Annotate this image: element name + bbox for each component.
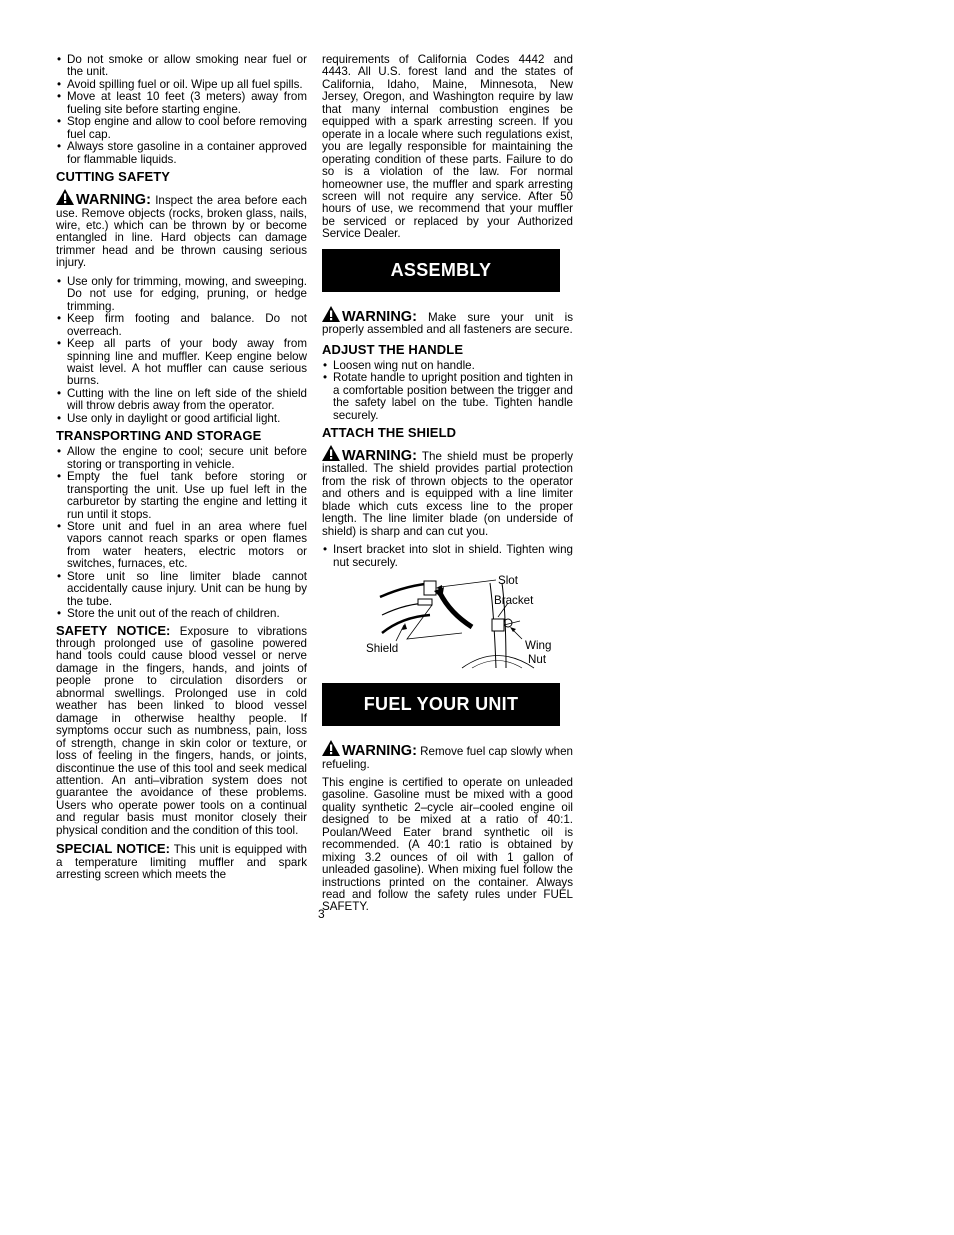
list-item: Insert bracket into slot in shield. Tigh… bbox=[322, 544, 573, 569]
list-item: Keep firm footing and balance. Do not ov… bbox=[56, 313, 307, 338]
transporting-heading: TRANSPORTING AND STORAGE bbox=[56, 429, 307, 443]
transporting-list: Allow the engine to cool; secure unit be… bbox=[56, 446, 307, 620]
adjust-handle-list: Loosen wing nut on handle. Rotate handle… bbox=[322, 360, 573, 422]
list-item: Store unit so line limiter blade cannot … bbox=[56, 571, 307, 608]
shield-label: Shield bbox=[366, 642, 398, 655]
nut-label: Nut bbox=[528, 653, 546, 666]
assembly-banner: ASSEMBLY bbox=[322, 249, 560, 292]
warning-triangle-icon bbox=[322, 740, 340, 756]
continued-text: requirements of California Codes 4442 an… bbox=[322, 54, 573, 241]
safety-notice-text: Exposure to vibrations through prolonged… bbox=[56, 625, 307, 837]
fuel-safety-list: Do not smoke or allow smoking near fuel … bbox=[56, 54, 307, 166]
cutting-safety-list: Use only for trimming, mowing, and sweep… bbox=[56, 276, 307, 425]
list-item: Do not smoke or allow smoking near fuel … bbox=[56, 54, 307, 79]
special-notice: SPECIAL NOTICE: This unit is equipped wi… bbox=[56, 843, 307, 881]
fuel-warning: WARNING: Remove fuel cap slowly when ref… bbox=[322, 740, 573, 771]
list-item: Stop engine and allow to cool before rem… bbox=[56, 116, 307, 141]
shield-warning: WARNING: The shield must be properly ins… bbox=[322, 445, 573, 538]
cutting-safety-warning: WARNING: Inspect the area before each us… bbox=[56, 189, 307, 270]
list-item: Rotate handle to upright position and ti… bbox=[322, 372, 573, 422]
list-item: Use only for trimming, mowing, and sweep… bbox=[56, 276, 307, 313]
fuel-body-text: This engine is certified to operate on u… bbox=[322, 777, 573, 914]
left-column: Do not smoke or allow smoking near fuel … bbox=[56, 54, 307, 888]
list-item: Move at least 10 feet (3 meters) away fr… bbox=[56, 91, 307, 116]
right-column: requirements of California Codes 4442 an… bbox=[322, 54, 573, 920]
adjust-handle-heading: ADJUST THE HANDLE bbox=[322, 343, 573, 357]
list-item: Always store gasoline in a container app… bbox=[56, 141, 307, 166]
fuel-your-unit-banner: FUEL YOUR UNIT bbox=[322, 683, 560, 726]
warning-triangle-icon bbox=[322, 306, 340, 322]
attach-shield-list: Insert bracket into slot in shield. Tigh… bbox=[322, 544, 573, 569]
list-item: Store the unit out of the reach of child… bbox=[56, 608, 307, 620]
slot-label: Slot bbox=[498, 574, 518, 587]
list-item: Allow the engine to cool; secure unit be… bbox=[56, 446, 307, 471]
list-item: Use only in daylight or good artificial … bbox=[56, 413, 307, 425]
bracket-label: Bracket bbox=[494, 594, 533, 607]
warning-triangle-icon bbox=[56, 189, 74, 205]
attach-shield-heading: ATTACH THE SHIELD bbox=[322, 426, 573, 440]
page-number: 3 bbox=[318, 907, 325, 921]
cutting-safety-heading: CUTTING SAFETY bbox=[56, 170, 307, 184]
wing-label: Wing bbox=[525, 639, 551, 652]
assembly-warning: WARNING: Make sure your unit is properly… bbox=[322, 306, 573, 337]
list-item: Keep all parts of your body away from sp… bbox=[56, 338, 307, 388]
list-item: Empty the fuel tank before storing or tr… bbox=[56, 471, 307, 521]
shield-assembly-diagram: Slot Bracket Shield Wing Nut bbox=[322, 573, 573, 673]
list-item: Cutting with the line on left side of th… bbox=[56, 388, 307, 413]
list-item: Store unit and fuel in an area where fue… bbox=[56, 521, 307, 571]
warning-triangle-icon bbox=[322, 445, 340, 461]
warning-text: The shield must be properly installed. T… bbox=[322, 450, 573, 538]
safety-notice: SAFETY NOTICE: Exposure to vibrations th… bbox=[56, 625, 307, 838]
safety-notice-label: SAFETY NOTICE: bbox=[56, 623, 170, 638]
special-notice-label: SPECIAL NOTICE: bbox=[56, 841, 170, 856]
